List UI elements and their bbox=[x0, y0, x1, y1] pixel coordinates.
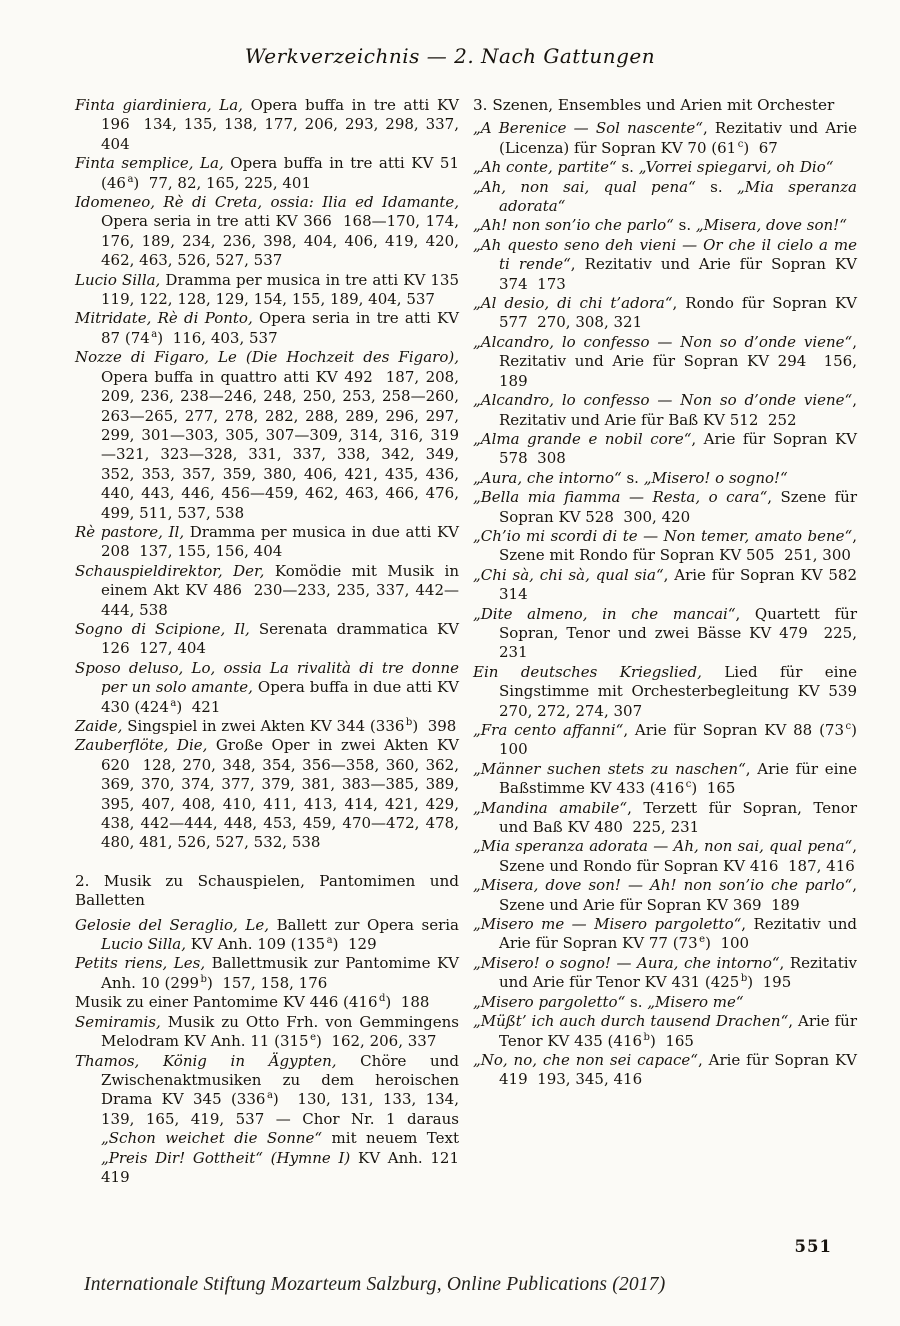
section-2-entries-list: Gelosie del Seraglio, Le, Ballett zur Op… bbox=[75, 916, 459, 1188]
catalog-entry: Rè pastore, Il, Dramma per musica in due… bbox=[75, 523, 459, 562]
catalog-entry: „Ah! non son’io che parlo“ s. „Misera, d… bbox=[473, 216, 857, 235]
text-columns: Finta giardiniera, La, Opera buffa in tr… bbox=[75, 96, 857, 1187]
catalog-entry: Schauspieldirektor, Der, Komödie mit Mus… bbox=[75, 562, 459, 620]
catalog-entry: Nozze di Figaro, Le (Die Hochzeit des Fi… bbox=[75, 348, 459, 523]
catalog-entry: Zauberflöte, Die, Große Oper in zwei Akt… bbox=[75, 736, 459, 852]
catalog-entry: „Misera, dove son! — Ah! non son’io che … bbox=[473, 876, 857, 915]
left-column: Finta giardiniera, La, Opera buffa in tr… bbox=[75, 96, 459, 1187]
section-3-entries-list: „A Berenice — Sol nascente“, Rezitativ u… bbox=[473, 119, 857, 1089]
catalog-entry: „Alma grande e nobil core“, Arie für Sop… bbox=[473, 430, 857, 469]
catalog-entry: „Al desio, di chi t’adora“, Rondo für So… bbox=[473, 294, 857, 333]
page-number: 551 bbox=[795, 1237, 832, 1256]
catalog-entry: „Mandina amabile“, Terzett für Sopran, T… bbox=[473, 799, 857, 838]
catalog-entry: „Müßt’ ich auch durch tausend Drachen“, … bbox=[473, 1012, 857, 1051]
catalog-entry: „Ah questo seno deh vieni — Or che il ci… bbox=[473, 236, 857, 294]
catalog-entry: „Ah conte, partite“ s. „Vorrei spiegarvi… bbox=[473, 158, 857, 177]
catalog-entry: „Chi sà, chi sà, qual sia“, Arie für Sop… bbox=[473, 566, 857, 605]
catalog-entry: „Dite almeno, in che mancai“, Quartett f… bbox=[473, 605, 857, 663]
catalog-entry: „Alcandro, lo confesso — Non so d’onde v… bbox=[473, 391, 857, 430]
catalog-entry: Semiramis, Musik zu Otto Frh. von Gemmin… bbox=[75, 1013, 459, 1052]
catalog-entry: Mitridate, Rè di Ponto, Opera seria in t… bbox=[75, 309, 459, 348]
catalog-entry: Sposo deluso, Lo, ossia La rivalità di t… bbox=[75, 659, 459, 717]
catalog-entry: „Fra cento affanni“, Arie für Sopran KV … bbox=[473, 721, 857, 760]
catalog-entry: „Aura, che intorno“ s. „Misero! o sogno!… bbox=[473, 469, 857, 488]
catalog-entry: „Alcandro, lo confesso — Non so d’onde v… bbox=[473, 333, 857, 391]
catalog-entry: „Männer suchen stets zu naschen“, Arie f… bbox=[473, 760, 857, 799]
catalog-entry: Zaide, Singspiel in zwei Akten KV 344 (3… bbox=[75, 717, 459, 736]
catalog-entry: „Bella mia fiamma — Resta, o cara“, Szen… bbox=[473, 488, 857, 527]
catalog-entry: Petits riens, Les, Ballettmusik zur Pant… bbox=[75, 954, 459, 993]
catalog-entry: Ein deutsches Kriegslied, Lied für eine … bbox=[473, 663, 857, 721]
book-page: Werkverzeichnis — 2. Nach Gattungen Fint… bbox=[0, 0, 900, 1326]
catalog-entry: Finta giardiniera, La, Opera buffa in tr… bbox=[75, 96, 459, 154]
right-column: 3. Szenen, Ensembles und Arien mit Orche… bbox=[473, 96, 857, 1187]
catalog-entry: Lucio Silla, Dramma per musica in tre at… bbox=[75, 271, 459, 310]
catalog-entry: „Misero me — Misero pargoletto“, Rezitat… bbox=[473, 915, 857, 954]
catalog-entry: „No, no, che non sei capace“, Arie für S… bbox=[473, 1051, 857, 1090]
section-2-heading: 2. Musik zu Schauspielen, Pantomimen und… bbox=[75, 872, 459, 911]
catalog-entry: „Mia speranza adorata — Ah, non sai, qua… bbox=[473, 837, 857, 876]
footer-credit: Internationale Stiftung Mozarteum Salzbu… bbox=[84, 1274, 665, 1296]
catalog-entry: Musik zu einer Pantomime KV 446 (416d) 1… bbox=[75, 993, 459, 1012]
catalog-entry: Idomeneo, Rè di Creta, ossia: Ilia ed Id… bbox=[75, 193, 459, 271]
opera-entries-list: Finta giardiniera, La, Opera buffa in tr… bbox=[75, 96, 459, 853]
catalog-entry: „Ah, non sai, qual pena“ s. „Mia speranz… bbox=[473, 178, 857, 217]
catalog-entry: „Ch’io mi scordi di te — Non temer, amat… bbox=[473, 527, 857, 566]
page-header-title: Werkverzeichnis — 2. Nach Gattungen bbox=[0, 44, 900, 68]
section-3-heading: 3. Szenen, Ensembles und Arien mit Orche… bbox=[473, 96, 857, 115]
catalog-entry: Finta semplice, La, Opera buffa in tre a… bbox=[75, 154, 459, 193]
catalog-entry: „A Berenice — Sol nascente“, Rezitativ u… bbox=[473, 119, 857, 158]
catalog-entry: Thamos, König in Ägypten, Chöre und Zwis… bbox=[75, 1052, 459, 1188]
catalog-entry: Gelosie del Seraglio, Le, Ballett zur Op… bbox=[75, 916, 459, 955]
catalog-entry: „Misero! o sogno! — Aura, che intorno“, … bbox=[473, 954, 857, 993]
catalog-entry: Sogno di Scipione, Il, Serenata drammati… bbox=[75, 620, 459, 659]
catalog-entry: „Misero pargoletto“ s. „Misero me“ bbox=[473, 993, 857, 1012]
